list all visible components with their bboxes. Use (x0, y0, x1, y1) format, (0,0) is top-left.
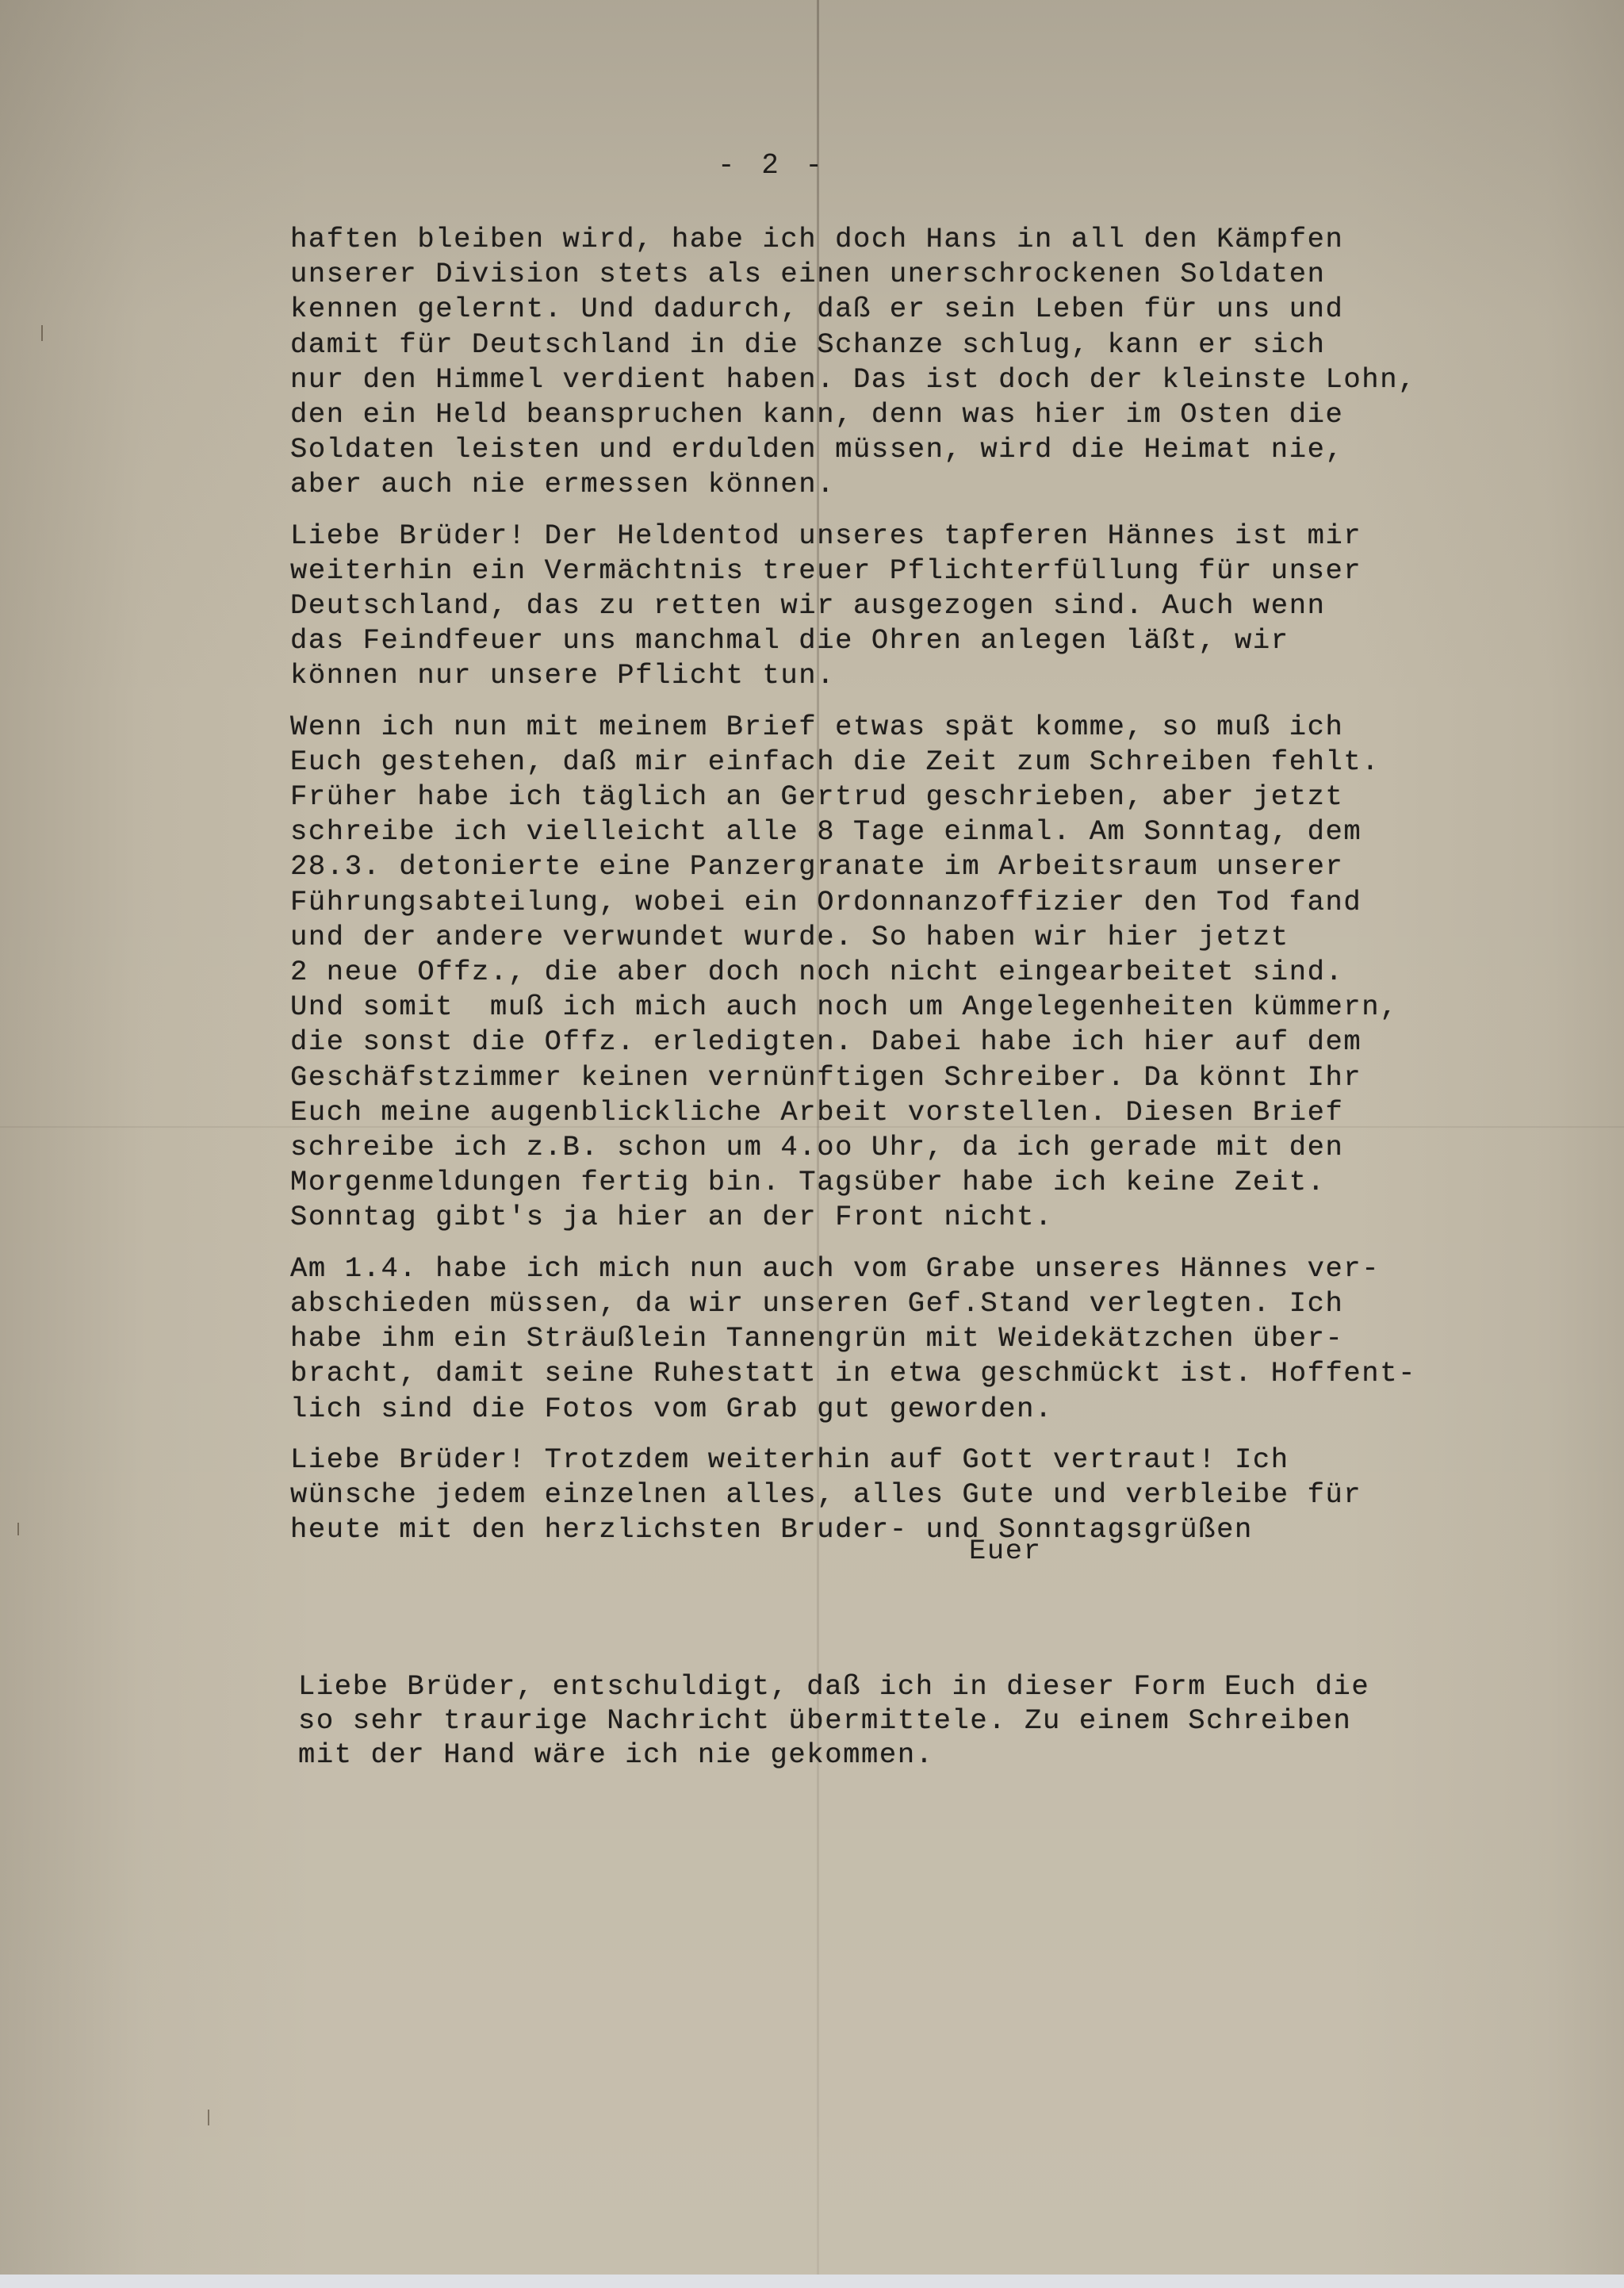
paragraph-5: Liebe Brüder! Trotzdem weiterhin auf Got… (290, 1443, 1591, 1548)
text-line: Am 1.4. habe ich mich nun auch vom Grabe… (290, 1251, 1591, 1286)
closing-salutation: Euer (969, 1535, 1042, 1567)
paper-speck (208, 2110, 209, 2125)
text-line: bracht, damit seine Ruhestatt in etwa ge… (290, 1356, 1591, 1391)
text-line: 28.3. detonierte eine Panzergranate im A… (290, 849, 1591, 884)
paper-speck (17, 1523, 19, 1535)
text-line: Wenn ich nun mit meinem Brief etwas spät… (290, 710, 1591, 745)
text-line: kennen gelernt. Und dadurch, daß er sein… (290, 292, 1591, 327)
postscript: Liebe Brüder, entschuldigt, daß ich in d… (298, 1669, 1369, 1772)
text-line: Deutschland, das zu retten wir ausgezoge… (290, 588, 1591, 623)
text-line: Führungsabteilung, wobei ein Ordonnanzof… (290, 885, 1591, 920)
text-line: können nur unsere Pflicht tun. (290, 658, 1591, 693)
text-line: Und somit muß ich mich auch noch um Ange… (290, 990, 1591, 1025)
text-line: Liebe Brüder! Trotzdem weiterhin auf Got… (290, 1443, 1591, 1477)
text-line: lich sind die Fotos vom Grab gut geworde… (290, 1392, 1591, 1427)
text-line: Euch meine augenblickliche Arbeit vorste… (290, 1095, 1591, 1130)
text-line: wünsche jedem einzelnen alles, alles Gut… (290, 1477, 1591, 1512)
letter-page: - 2 - haften bleiben wird, habe ich doch… (0, 0, 1624, 2278)
text-line: Liebe Brüder, entschuldigt, daß ich in d… (298, 1669, 1369, 1704)
text-line: nur den Himmel verdient haben. Das ist d… (290, 362, 1591, 397)
paragraph-3: Wenn ich nun mit meinem Brief etwas spät… (290, 710, 1591, 1236)
text-line: Sonntag gibt's ja hier an der Front nich… (290, 1200, 1591, 1235)
text-line: weiterhin ein Vermächtnis treuer Pflicht… (290, 554, 1591, 588)
text-line: abschieden müssen, da wir unseren Gef.St… (290, 1286, 1591, 1321)
text-line: den ein Held beanspruchen kann, denn was… (290, 397, 1591, 432)
text-line: 2 neue Offz., die aber doch noch nicht e… (290, 955, 1591, 990)
text-line: das Feindfeuer uns manchmal die Ohren an… (290, 623, 1591, 658)
text-line: aber auch nie ermessen können. (290, 467, 1591, 502)
text-line: mit der Hand wäre ich nie gekommen. (298, 1738, 1369, 1772)
text-line: Soldaten leisten und erdulden müssen, wi… (290, 432, 1591, 467)
paper-speck (41, 325, 43, 341)
scan-background (0, 2275, 1624, 2288)
text-line: Geschäfstzimmer keinen vernünftigen Schr… (290, 1060, 1591, 1095)
text-line: schreibe ich vielleicht alle 8 Tage einm… (290, 814, 1591, 849)
paragraph-1: haften bleiben wird, habe ich doch Hans … (290, 222, 1591, 503)
text-line: Liebe Brüder! Der Heldentod unseres tapf… (290, 519, 1591, 554)
text-line: so sehr traurige Nachricht übermittele. … (298, 1704, 1369, 1738)
page-number: - 2 - (718, 149, 827, 182)
paragraph-4: Am 1.4. habe ich mich nun auch vom Grabe… (290, 1251, 1591, 1427)
text-line: schreibe ich z.B. schon um 4.oo Uhr, da … (290, 1130, 1591, 1165)
letter-body: haften bleiben wird, habe ich doch Hans … (290, 222, 1591, 1563)
text-line: und der andere verwundet wurde. So haben… (290, 920, 1591, 955)
text-line: haften bleiben wird, habe ich doch Hans … (290, 222, 1591, 257)
text-line: Euch gestehen, daß mir einfach die Zeit … (290, 745, 1591, 780)
text-line: damit für Deutschland in die Schanze sch… (290, 328, 1591, 362)
paragraph-2: Liebe Brüder! Der Heldentod unseres tapf… (290, 519, 1591, 694)
text-line: die sonst die Offz. erledigten. Dabei ha… (290, 1025, 1591, 1060)
text-line: unserer Division stets als einen unersch… (290, 257, 1591, 292)
text-line: Morgenmeldungen fertig bin. Tagsüber hab… (290, 1165, 1591, 1200)
text-line: habe ihm ein Sträußlein Tannengrün mit W… (290, 1321, 1591, 1356)
text-line: Früher habe ich täglich an Gertrud gesch… (290, 780, 1591, 814)
text-line: heute mit den herzlichsten Bruder- und S… (290, 1512, 1591, 1547)
